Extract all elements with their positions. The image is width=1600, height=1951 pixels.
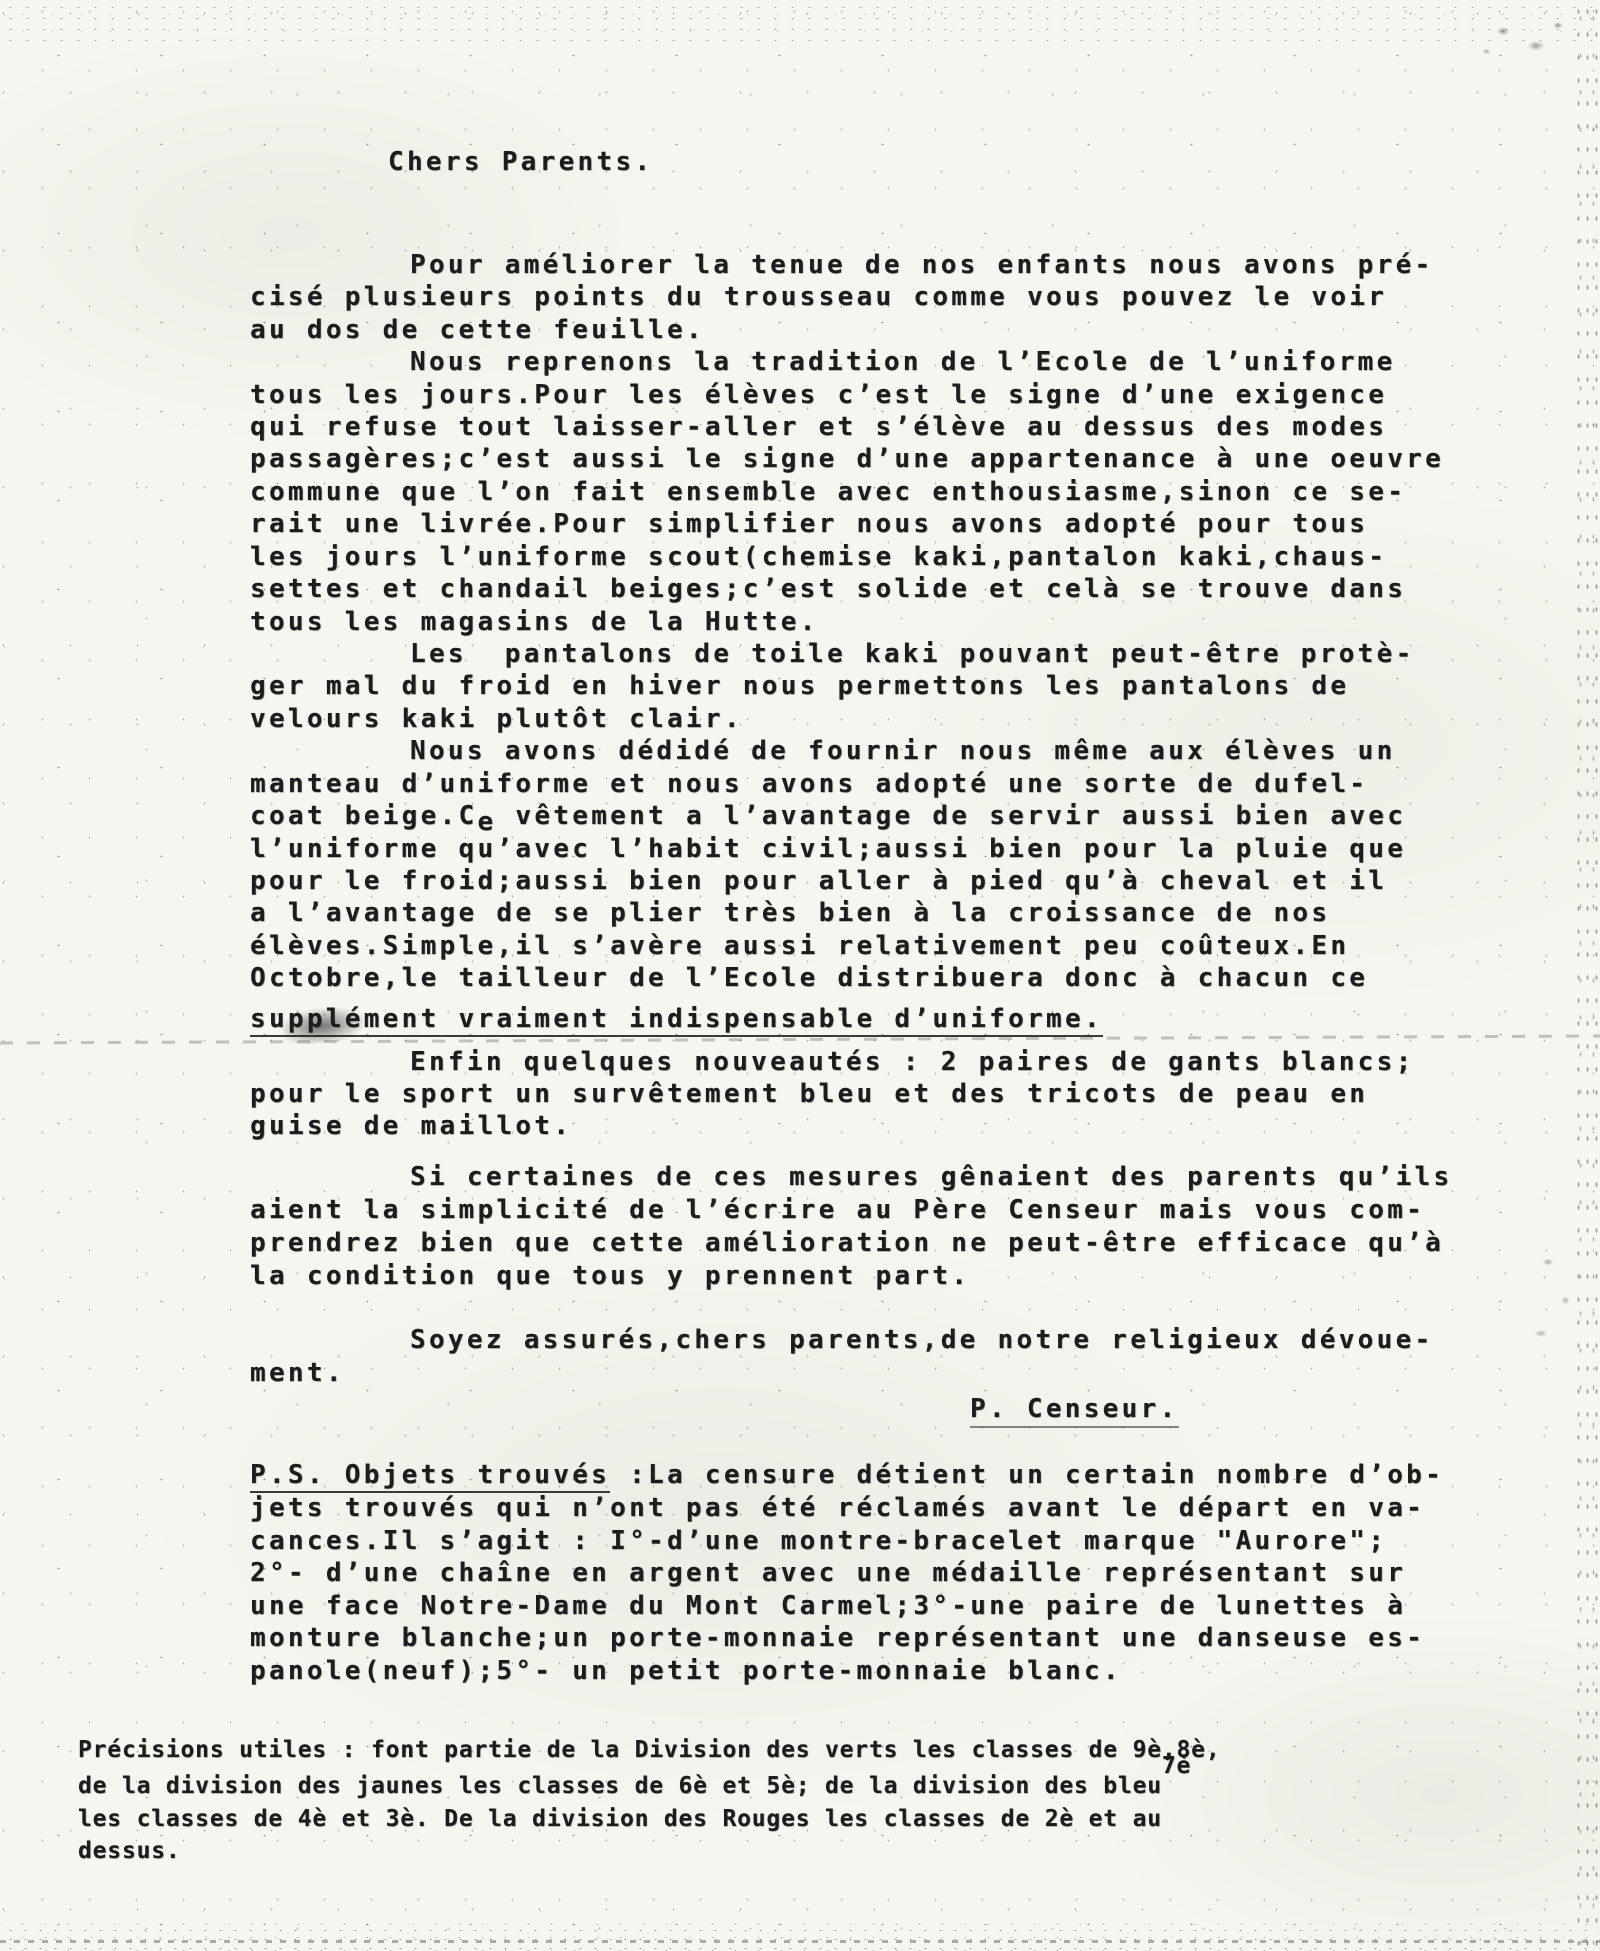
letter-line: une face Notre-Dame du Mont Carmel;3°-un… bbox=[250, 1593, 1406, 1620]
line-text: élèves.Simple,il s’avère aussi relativem… bbox=[250, 931, 1349, 961]
letter-line: tous les magasins de la Hutte. bbox=[250, 609, 819, 636]
letter-line: au dos de cette feuille. bbox=[250, 317, 705, 344]
line-text: monture blanche;un porte-monnaie représe… bbox=[250, 1623, 1425, 1653]
letter-line: monture blanche;un porte-monnaie représe… bbox=[250, 1625, 1425, 1652]
line-text: au dos de cette feuille. bbox=[250, 315, 705, 345]
line-text: :La censure détient un certain nombre d’… bbox=[610, 1460, 1444, 1490]
line-text: ment. bbox=[250, 1358, 345, 1388]
footnote-line: Précisions utiles : font partie de la Di… bbox=[78, 1738, 1220, 1762]
line-text: Précisions utiles : font partie de la Di… bbox=[78, 1737, 1220, 1763]
line-text: cances.Il s’agit : I°-d’une montre-brace… bbox=[250, 1526, 1387, 1556]
letter-line: velours kaki plutôt clair. bbox=[250, 706, 743, 733]
line-text: Soyez assurés,chers parents,de notre rel… bbox=[410, 1325, 1433, 1355]
letter-line: Octobre,le tailleur de l’Ecole distribue… bbox=[250, 965, 1368, 992]
letter-line: cances.Il s’agit : I°-d’une montre-brace… bbox=[250, 1528, 1387, 1555]
line-text: qui refuse tout laisser-aller et s’élève… bbox=[250, 412, 1387, 442]
line-text: settes et chandail beiges;c’est solide e… bbox=[250, 574, 1406, 604]
line-text: aient la simplicité de l’écrire au Père … bbox=[250, 1195, 1425, 1225]
scan-speckle-top-edge bbox=[0, 0, 1600, 42]
letter-line: Enfin quelques nouveautés : 2 paires de … bbox=[410, 1049, 1415, 1076]
line-text: pour le froid;aussi bien pour aller à pi… bbox=[250, 866, 1387, 896]
line-text: 7è bbox=[1162, 1753, 1191, 1779]
letter-line: ger mal du froid en hiver nous permetton… bbox=[250, 673, 1349, 700]
letter-line: tous les jours.Pour les élèves c’est le … bbox=[250, 382, 1387, 409]
line-text: tous les jours.Pour les élèves c’est le … bbox=[250, 380, 1387, 410]
line-text: ger mal du froid en hiver nous permetton… bbox=[250, 671, 1349, 701]
letter-line: passagères;c’est aussi le signe d’une ap… bbox=[250, 446, 1444, 473]
letter-line: a l’avantage de se plier très bien à la … bbox=[250, 900, 1330, 927]
letter-line: élèves.Simple,il s’avère aussi relativem… bbox=[250, 933, 1349, 960]
line-text: Nous reprenons la tradition de l’Ecole d… bbox=[410, 347, 1396, 377]
line-text: de la division des jaunes les classes de… bbox=[78, 1773, 1162, 1799]
line-text: panole(neuf);5°- un petit porte-monnaie … bbox=[250, 1656, 1122, 1686]
letter-line: guise de maillot. bbox=[250, 1113, 572, 1140]
line-text: e bbox=[477, 807, 496, 837]
letter-line: Nous avons dédidé de fournir nous même a… bbox=[410, 738, 1396, 765]
letter-line: pour le froid;aussi bien pour aller à pi… bbox=[250, 868, 1387, 895]
line-text: vêtement a l’avantage de servir aussi bi… bbox=[496, 801, 1406, 831]
letter-line: Les pantalons de toile kaki pouvant peut… bbox=[410, 641, 1415, 668]
line-text: cisé plusieurs points du trousseau comme… bbox=[250, 282, 1387, 312]
line-text: P.S. Objets trouvés bbox=[250, 1460, 610, 1493]
letter-line: prendrez bien que cette amélioration ne … bbox=[250, 1230, 1444, 1257]
line-text: les classes de 4è et 3è. De la division … bbox=[78, 1806, 1162, 1832]
footnote-line: dessus. bbox=[78, 1839, 181, 1863]
letter-line: 2°- d’une chaîne en argent avec une méda… bbox=[250, 1560, 1406, 1587]
letter-line: qui refuse tout laisser-aller et s’élève… bbox=[250, 414, 1387, 441]
line-text: Les pantalons de toile kaki pouvant peut… bbox=[410, 639, 1415, 669]
letter-line: supplément vraiment indispensable d’unif… bbox=[250, 1006, 1103, 1033]
line-text: prendrez bien que cette amélioration ne … bbox=[250, 1228, 1444, 1258]
signature: P. Censeur. bbox=[970, 1396, 1179, 1423]
scan-smudge-mid-right bbox=[1520, 1240, 1590, 1350]
line-text: les jours l’uniforme scout(chemise kaki,… bbox=[250, 542, 1387, 572]
line-text: coat beige.C bbox=[250, 801, 477, 831]
letter-line: aient la simplicité de l’écrire au Père … bbox=[250, 1197, 1425, 1224]
line-text: P. Censeur. bbox=[970, 1394, 1179, 1428]
line-text: passagères;c’est aussi le signe d’une ap… bbox=[250, 444, 1444, 474]
letter-line: ment. bbox=[250, 1360, 345, 1387]
line-text: Enfin quelques nouveautés : 2 paires de … bbox=[410, 1047, 1415, 1077]
line-text: Si certaines de ces mesures gênaient des… bbox=[410, 1162, 1452, 1192]
scan-speckle-right-edge bbox=[1574, 0, 1600, 1951]
letter-line: coat beige.Ce vêtement a l’avantage de s… bbox=[250, 803, 1406, 830]
letter-line: panole(neuf);5°- un petit porte-monnaie … bbox=[250, 1658, 1122, 1685]
letter-line: Nous reprenons la tradition de l’Ecole d… bbox=[410, 349, 1396, 376]
line-text: l’uniforme qu’avec l’habit civil;aussi b… bbox=[250, 834, 1406, 864]
line-text: Pour améliorer la tenue de nos enfants n… bbox=[410, 250, 1433, 280]
line-text: Nous avons dédidé de fournir nous même a… bbox=[410, 736, 1396, 766]
line-text: commune que l’on fait ensemble avec enth… bbox=[250, 477, 1406, 507]
line-text: une face Notre-Dame du Mont Carmel;3°-un… bbox=[250, 1591, 1406, 1621]
letter-line: jets trouvés qui n’ont pas été réclamés … bbox=[250, 1495, 1425, 1522]
line-text: rait une livrée.Pour simplifier nous avo… bbox=[250, 509, 1368, 539]
line-text: dessus. bbox=[78, 1838, 181, 1864]
salutation: Chers Parents. bbox=[388, 149, 653, 176]
line-text: jets trouvés qui n’ont pas été réclamés … bbox=[250, 1493, 1425, 1523]
line-text: Octobre,le tailleur de l’Ecole distribue… bbox=[250, 963, 1368, 993]
letter-line: commune que l’on fait ensemble avec enth… bbox=[250, 479, 1406, 506]
letter-line: cisé plusieurs points du trousseau comme… bbox=[250, 284, 1387, 311]
scan-speckle-bottom-edge bbox=[0, 1924, 1600, 1951]
letter-line: l’uniforme qu’avec l’habit civil;aussi b… bbox=[250, 836, 1406, 863]
letter-page: Chers Parents. Pour améliorer la tenue d… bbox=[0, 0, 1600, 1951]
footnote-line: de la division des jaunes les classes de… bbox=[78, 1774, 1191, 1798]
letter-line: rait une livrée.Pour simplifier nous avo… bbox=[250, 511, 1368, 538]
letter-line: Pour améliorer la tenue de nos enfants n… bbox=[410, 252, 1433, 279]
line-text: supplément vraiment indispensable d’unif… bbox=[250, 1004, 1103, 1037]
letter-line: settes et chandail beiges;c’est solide e… bbox=[250, 576, 1406, 603]
letter-line: Soyez assurés,chers parents,de notre rel… bbox=[410, 1327, 1433, 1354]
postscript-line: P.S. Objets trouvés :La censure détient … bbox=[250, 1462, 1444, 1489]
scan-smudge-top-right bbox=[1470, 8, 1580, 66]
line-text: 2°- d’une chaîne en argent avec une méda… bbox=[250, 1558, 1406, 1588]
line-text: pour le sport un survêtement bleu et des… bbox=[250, 1079, 1368, 1109]
line-text: a l’avantage de se plier très bien à la … bbox=[250, 898, 1330, 928]
letter-line: manteau d’uniforme et nous avons adopté … bbox=[250, 771, 1368, 798]
letter-line: la condition que tous y prennent part. bbox=[250, 1263, 970, 1290]
footnote-line: les classes de 4è et 3è. De la division … bbox=[78, 1807, 1162, 1831]
line-text: manteau d’uniforme et nous avons adopté … bbox=[250, 769, 1368, 799]
letter-line: pour le sport un survêtement bleu et des… bbox=[250, 1081, 1368, 1108]
line-text: guise de maillot. bbox=[250, 1111, 572, 1141]
line-text: velours kaki plutôt clair. bbox=[250, 704, 743, 734]
letter-line: Si certaines de ces mesures gênaient des… bbox=[410, 1164, 1452, 1191]
line-text: tous les magasins de la Hutte. bbox=[250, 607, 819, 637]
line-text: la condition que tous y prennent part. bbox=[250, 1261, 970, 1291]
letter-line: les jours l’uniforme scout(chemise kaki,… bbox=[250, 544, 1387, 571]
